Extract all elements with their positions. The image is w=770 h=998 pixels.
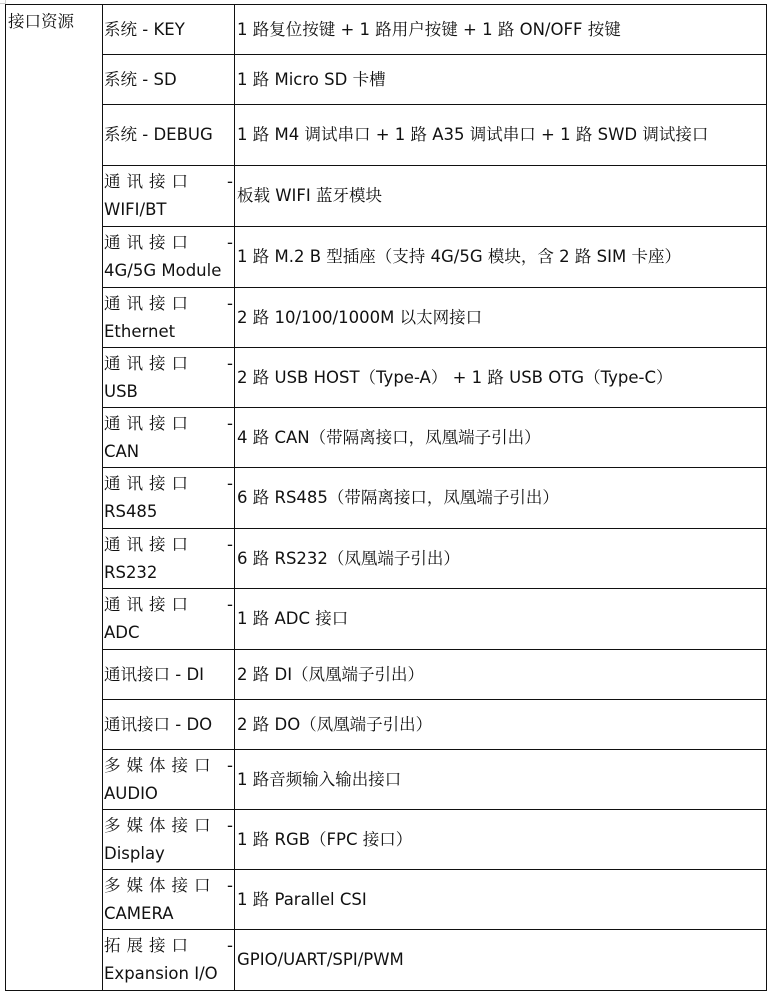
table-row: 通讯接口- USB 2 路 USB HOST（Type-A） + 1 路 USB… [6, 348, 767, 408]
row-label: 通讯接口- CAN [103, 408, 235, 468]
row-label: 拓展接口- Expansion I/O [103, 930, 235, 991]
row-value: 1 路音频输入输出接口 [235, 750, 767, 810]
table-row: 通讯接口 - DO 2 路 DO（凤凰端子引出） [6, 700, 767, 750]
row-value: 2 路 10/100/1000M 以太网接口 [235, 288, 767, 348]
table-row: 通讯接口- RS232 6 路 RS232（凤凰端子引出） [6, 529, 767, 589]
row-label: 通讯接口- RS485 [103, 468, 235, 529]
interface-resources-table: 接口资源 系统 - KEY 1 路复位按键 + 1 路用户按键 + 1 路 ON… [5, 4, 767, 991]
table-row: 通讯接口- RS485 6 路 RS485（带隔离接口，凤凰端子引出） [6, 468, 767, 529]
row-label: 通讯接口 - DO [103, 700, 235, 750]
row-value: 1 路复位按键 + 1 路用户按键 + 1 路 ON/OFF 按键 [235, 5, 767, 55]
row-label: 多媒体接口- CAMERA [103, 870, 235, 930]
table-row: 拓展接口- Expansion I/O GPIO/UART/SPI/PWM [6, 930, 767, 991]
row-value: 4 路 CAN（带隔离接口，凤凰端子引出） [235, 408, 767, 468]
table-row: 通讯接口- CAN 4 路 CAN（带隔离接口，凤凰端子引出） [6, 408, 767, 468]
table-row: 接口资源 系统 - KEY 1 路复位按键 + 1 路用户按键 + 1 路 ON… [6, 5, 767, 55]
row-value: 1 路 ADC 接口 [235, 589, 767, 650]
row-label: 系统 - KEY [103, 5, 235, 55]
table-row: 多媒体接口- CAMERA 1 路 Parallel CSI [6, 870, 767, 930]
row-value: 6 路 RS232（凤凰端子引出） [235, 529, 767, 589]
table-row: 通讯接口 - DI 2 路 DI（凤凰端子引出） [6, 650, 767, 700]
row-label: 通讯接口- RS232 [103, 529, 235, 589]
table-row: 通讯接口- ADC 1 路 ADC 接口 [6, 589, 767, 650]
row-label: 通讯接口- USB [103, 348, 235, 408]
row-label: 系统 - DEBUG [103, 105, 235, 166]
row-value: 1 路 RGB（FPC 接口） [235, 810, 767, 870]
table-row: 通讯接口- WIFI/BT 板载 WIFI 蓝牙模块 [6, 166, 767, 227]
row-value: 2 路 USB HOST（Type-A） + 1 路 USB OTG（Type-… [235, 348, 767, 408]
row-label: 通讯接口- ADC [103, 589, 235, 650]
row-value: GPIO/UART/SPI/PWM [235, 930, 767, 991]
row-value: 6 路 RS485（带隔离接口，凤凰端子引出） [235, 468, 767, 529]
row-label: 多媒体接口- Display [103, 810, 235, 870]
table-row: 多媒体接口- AUDIO 1 路音频输入输出接口 [6, 750, 767, 810]
row-label: 系统 - SD [103, 55, 235, 105]
row-value: 1 路 M.2 B 型插座（支持 4G/5G 模块，含 2 路 SIM 卡座） [235, 227, 767, 288]
table-row: 系统 - DEBUG 1 路 M4 调试串口 + 1 路 A35 调试串口 + … [6, 105, 767, 166]
table-row: 系统 - SD 1 路 Micro SD 卡槽 [6, 55, 767, 105]
row-label: 通讯接口- 4G/5G Module [103, 227, 235, 288]
row-label: 通讯接口- Ethernet [103, 288, 235, 348]
row-value: 2 路 DO（凤凰端子引出） [235, 700, 767, 750]
group-label: 接口资源 [8, 12, 74, 31]
table-row: 通讯接口- Ethernet 2 路 10/100/1000M 以太网接口 [6, 288, 767, 348]
row-value: 1 路 M4 调试串口 + 1 路 A35 调试串口 + 1 路 SWD 调试接… [235, 105, 767, 166]
table-row: 通讯接口- 4G/5G Module 1 路 M.2 B 型插座（支持 4G/5… [6, 227, 767, 288]
row-label: 多媒体接口- AUDIO [103, 750, 235, 810]
row-value: 1 路 Parallel CSI [235, 870, 767, 930]
table-row: 多媒体接口- Display 1 路 RGB（FPC 接口） [6, 810, 767, 870]
row-label: 通讯接口 - DI [103, 650, 235, 700]
row-value: 1 路 Micro SD 卡槽 [235, 55, 767, 105]
group-label-cell: 接口资源 [6, 5, 103, 991]
row-value: 2 路 DI（凤凰端子引出） [235, 650, 767, 700]
row-label: 通讯接口- WIFI/BT [103, 166, 235, 227]
row-value: 板载 WIFI 蓝牙模块 [235, 166, 767, 227]
